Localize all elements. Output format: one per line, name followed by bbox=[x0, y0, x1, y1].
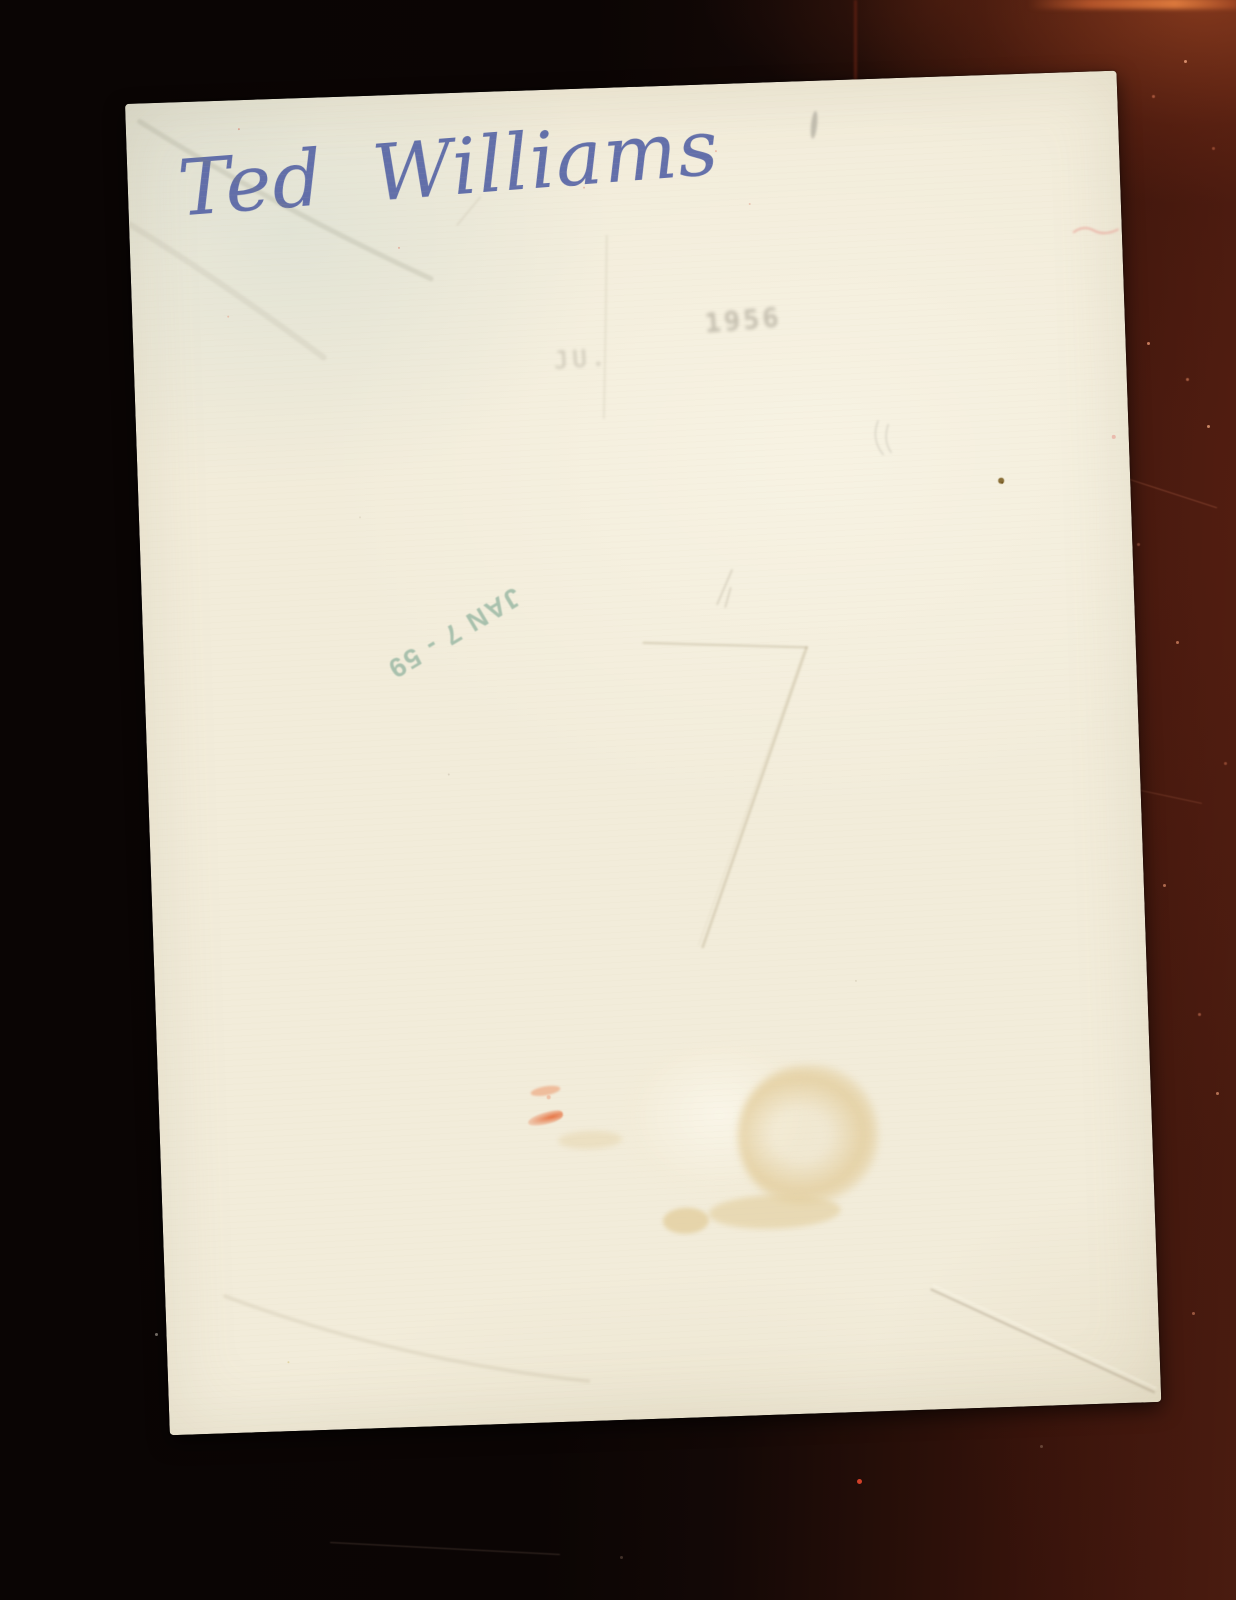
paper-specks bbox=[125, 104, 127, 106]
crease-highlight bbox=[689, 651, 814, 945]
pink-scratch bbox=[1074, 227, 1118, 234]
corner-fold-line bbox=[931, 1282, 1154, 1399]
date-stamp: JAN 7 - 59 bbox=[370, 574, 537, 692]
crease-line bbox=[643, 637, 806, 652]
handwritten-name: Ted Williams bbox=[163, 76, 756, 253]
scratch-mark bbox=[716, 570, 733, 608]
stain-small-dot bbox=[663, 1207, 710, 1235]
gray-smudge bbox=[810, 111, 819, 139]
faint-stamp-fragment-right: 1956 bbox=[703, 302, 782, 340]
orange-ink-mark bbox=[526, 1108, 564, 1128]
orange-ink-mark bbox=[530, 1084, 561, 1098]
stain-drip bbox=[708, 1193, 841, 1231]
faint-stamp-fragment-left: JU. bbox=[553, 343, 610, 375]
pencil-smudge bbox=[875, 420, 891, 454]
crease-line bbox=[693, 647, 817, 947]
corner-fold-highlight bbox=[933, 1278, 1156, 1395]
photo-paper-back: Ted Williams JU. 1956 JAN 7 - 59 bbox=[125, 71, 1161, 1436]
background-orange-streak bbox=[1028, 0, 1236, 9]
crease-line bbox=[598, 236, 613, 418]
stain-abraded-center bbox=[612, 1039, 827, 1206]
stain-streak bbox=[558, 1130, 623, 1150]
crease-line bbox=[225, 1284, 588, 1393]
background-dust-specks bbox=[0, 0, 3, 3]
paper-creases bbox=[125, 71, 1161, 1436]
background-scratch bbox=[330, 1542, 560, 1555]
photo-scene: Ted Williams JU. 1956 JAN 7 - 59 bbox=[0, 0, 1236, 1600]
handwritten-name-text: Ted Williams bbox=[175, 103, 722, 235]
stain-tan-halo bbox=[736, 1062, 881, 1207]
